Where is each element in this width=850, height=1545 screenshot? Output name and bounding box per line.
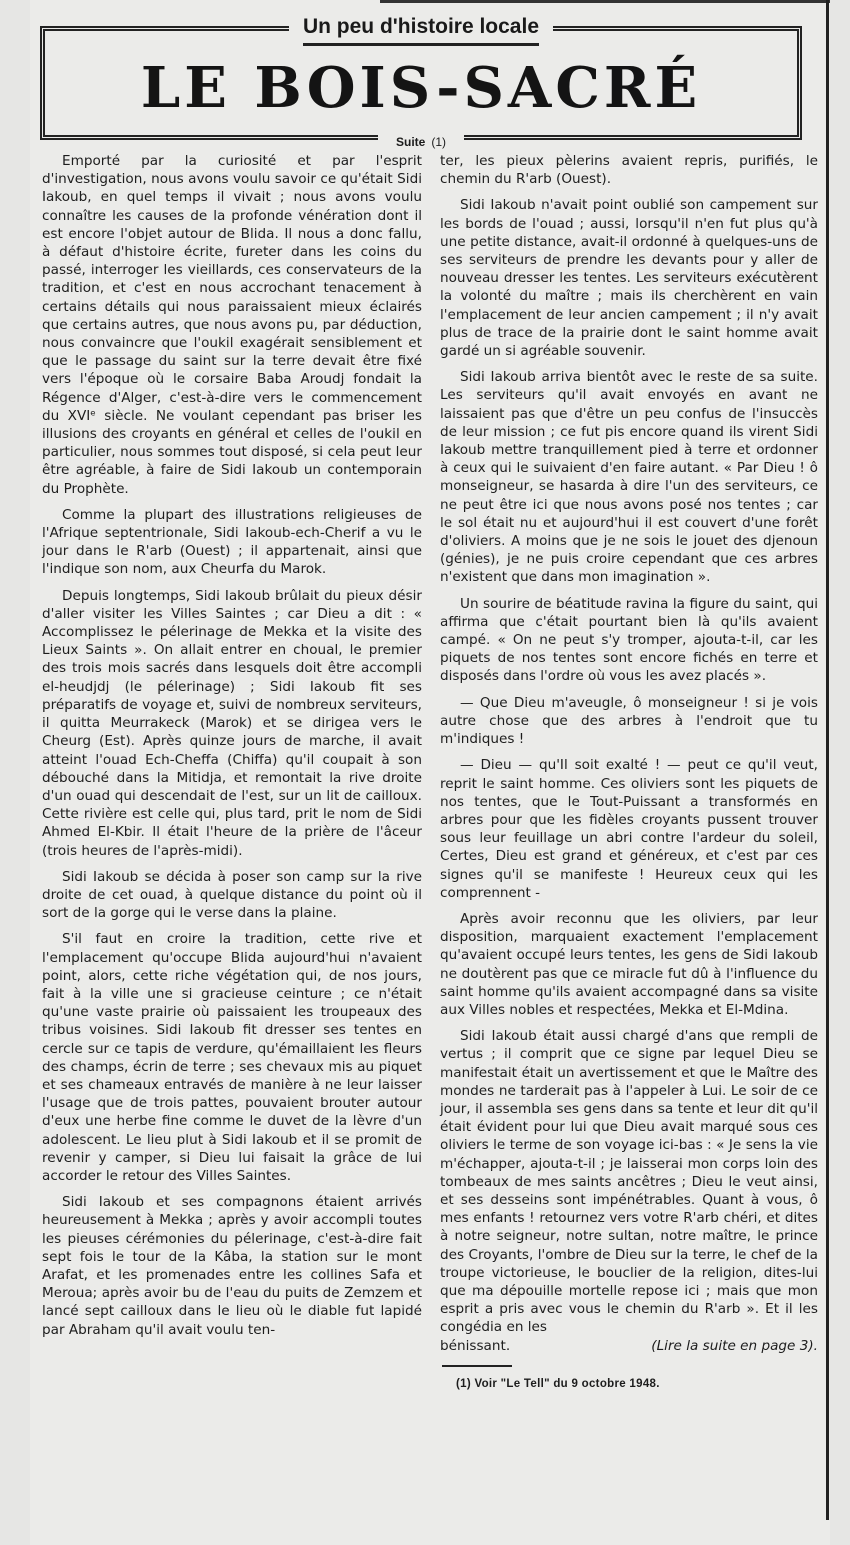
article-column-left: Emporté par la curiosité et par l'esprit… (42, 152, 422, 1347)
paragraph: Sidi Iakoub n'avait point oublié son cam… (440, 196, 818, 360)
kicker-underline (303, 43, 539, 46)
article-column-right: ter, les pieux pèlerins avaient repris, … (440, 152, 818, 1393)
paragraph: — Que Dieu m'aveugle, ô monseigneur ! si… (440, 694, 818, 749)
paragraph: — Dieu — qu'Il soit exalté ! — peut ce q… (440, 756, 818, 902)
paragraph: Sidi Iakoub était aussi chargé d'ans que… (440, 1027, 818, 1336)
closing-word: bénissant. (440, 1337, 510, 1355)
paragraph-continued: ter, les pieux pèlerins avaient repris, … (440, 152, 818, 188)
footnote-rule (442, 1365, 512, 1367)
suite-label: Suite(1) (378, 134, 464, 150)
paragraph: Après avoir reconnu que les oliviers, pa… (440, 910, 818, 1019)
footnote: (1) Voir "Le Tell" du 9 octobre 1948. (456, 1375, 818, 1393)
right-column-rule (826, 0, 829, 1520)
paragraph: Sidi Iakoub et ses compagnons étaient ar… (42, 1193, 422, 1339)
paragraph: Sidi Iakoub se décida à poser son camp s… (42, 868, 422, 923)
continued-on-page-link: (Lire la suite en page 3). (651, 1337, 818, 1355)
headline-title: LE BOIS-SACRÉ (40, 56, 802, 120)
headline-frame: Un peu d'histoire locale LE BOIS-SACRÉ S… (40, 26, 802, 140)
paragraph: Un sourire de béatitude ravina la figure… (440, 595, 818, 686)
top-rule (380, 0, 830, 3)
paragraph: Comme la plupart des illustrations relig… (42, 506, 422, 579)
paragraph: Depuis longtemps, Sidi Iakoub brûlait du… (42, 587, 422, 860)
footnote-marker: (1) (431, 135, 446, 149)
paragraph: Emporté par la curiosité et par l'esprit… (42, 152, 422, 498)
closing-line: bénissant. (Lire la suite en page 3). (440, 1337, 818, 1355)
paragraph: Sidi Iakoub arriva bientôt avec le reste… (440, 368, 818, 586)
paragraph: S'il faut en croire la tradition, cette … (42, 930, 422, 1185)
section-kicker: Un peu d'histoire locale (289, 14, 553, 40)
